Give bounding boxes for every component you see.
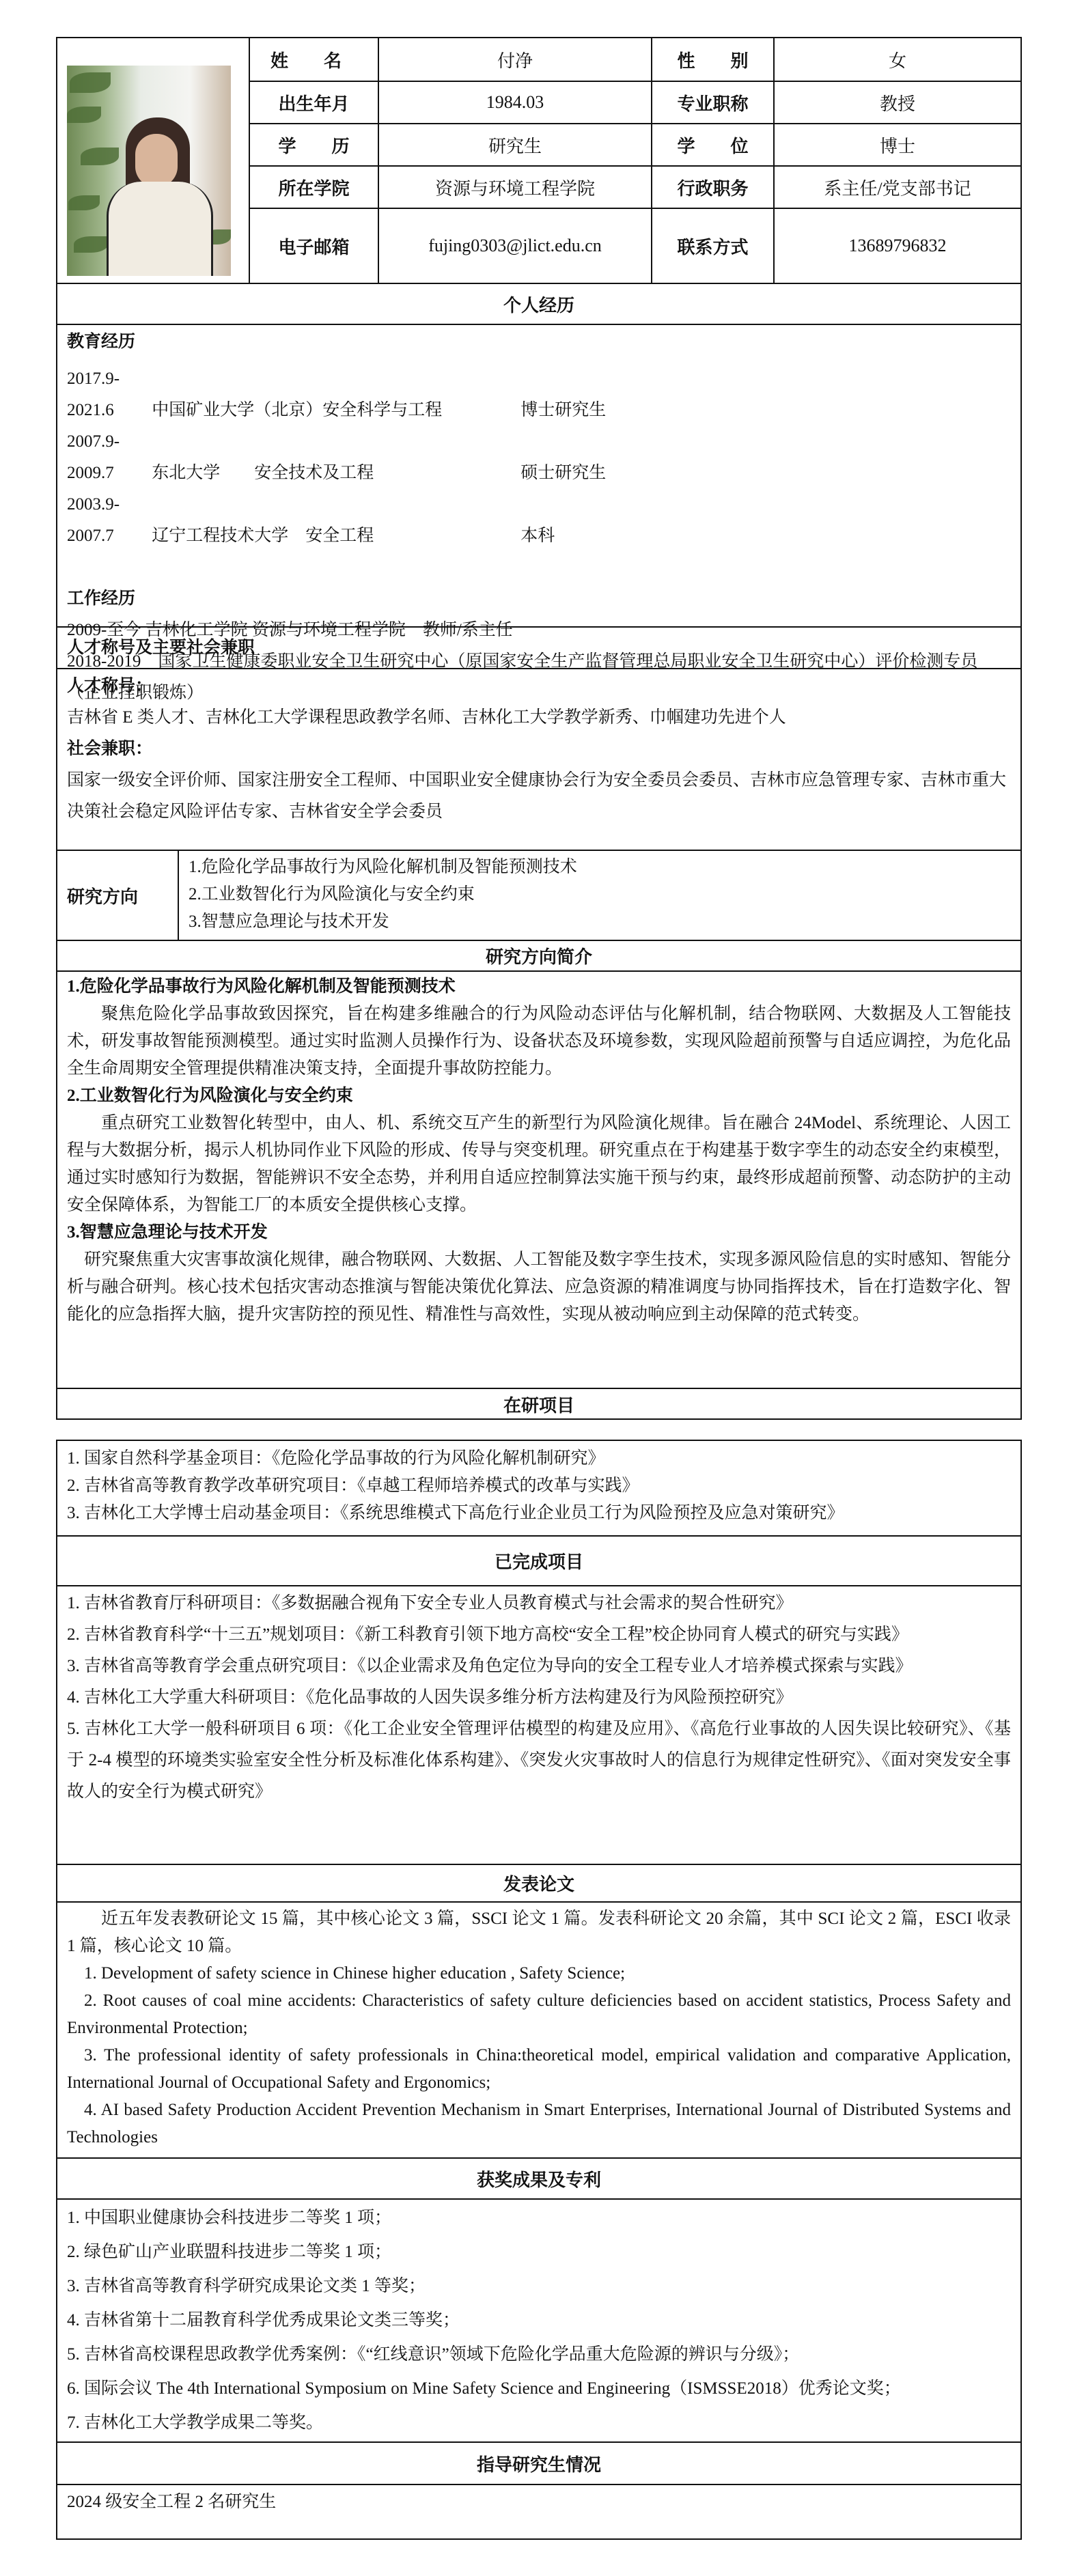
info-row-education: 学 历 研究生 学 位 博士 — [249, 123, 1020, 165]
ongoing-project-item: 3. 吉林化工大学博士启动基金项目：《系统思维模式下高危行业企业员工行为风险预控… — [67, 1500, 1011, 1527]
students-content: 2024 级安全工程 2 名研究生 — [57, 2484, 1020, 2540]
experience-content: 教育经历 2017.9-2021.6 中国矿业大学（北京）安全科学与工程博士研究… — [57, 324, 1020, 626]
intro-body: 聚焦危险化学品事故致因探究，旨在构建多维融合的行为风险动态评估与化解机制，结合物… — [67, 1000, 1011, 1082]
research-direction-label: 研究方向 — [57, 851, 178, 940]
completed-project-item: 4. 吉林化工大学重大科研项目：《危化品事故的人因失误多维分析方法构建及行为风险… — [67, 1682, 1011, 1713]
education-label: 学 历 — [249, 124, 378, 165]
degree-label: 学 位 — [651, 124, 773, 165]
achievements-table: 1. 国家自然科学基金项目：《危险化学品事故的行为风险化解机制研究》 2. 吉林… — [56, 1440, 1022, 2540]
talent-titles-text: 吉林省 E 类人才、吉林化工大学课程思政教学名师、吉林化工大学教学新秀、巾帼建功… — [67, 702, 1011, 733]
experience-header: 个人经历 — [57, 283, 1020, 324]
award-item: 4. 吉林省第十二届教育科学优秀成果论文类三等奖； — [67, 2304, 1011, 2338]
talent-content: 人才称号： 吉林省 E 类人才、吉林化工大学课程思政教学名师、吉林化工大学教学新… — [57, 668, 1020, 850]
gender-value: 女 — [773, 38, 1020, 81]
completed-project-item: 5. 吉林化工大学一般科研项目 6 项：《化工企业安全管理评估模型的构建及应用》… — [67, 1713, 1011, 1808]
paper-item: 4. AI based Safety Production Accident P… — [67, 2097, 1011, 2151]
gender-label: 性 别 — [651, 38, 773, 81]
papers-header: 发表论文 — [57, 1864, 1020, 1901]
education-item: 2003.9-2007.7 辽宁工程技术大学 安全工程本科 — [67, 489, 1011, 552]
talent-header: 人才称号及主要社会兼职 — [57, 626, 1020, 668]
award-item: 7. 吉林化工大学教学成果二等奖。 — [67, 2406, 1011, 2440]
talent-titles-label: 人才称号： — [67, 671, 1011, 702]
ongoing-projects-list: 1. 国家自然科学基金项目：《危险化学品事故的行为风险化解机制研究》 2. 吉林… — [57, 1441, 1020, 1535]
paper-item: 3. The professional identity of safety p… — [67, 2042, 1011, 2097]
intro-heading: 3.智慧应急理论与技术开发 — [67, 1219, 1011, 1246]
birth-label: 出生年月 — [249, 82, 378, 123]
phone-label: 联系方式 — [651, 209, 773, 283]
intro-heading: 1.危险化学品事故行为风险化解机制及智能预测技术 — [67, 973, 1011, 1000]
title-label: 专业职称 — [651, 82, 773, 123]
students-text: 2024 级安全工程 2 名研究生 — [67, 2487, 1011, 2518]
college-value: 资源与环境工程学院 — [378, 167, 651, 208]
paper-item: 2. Root causes of coal mine accidents: C… — [67, 1987, 1011, 2042]
name-label: 姓 名 — [249, 38, 378, 81]
completed-project-item: 3. 吉林省高等教育学会重点研究项目：《以企业需求及角色定位为导向的安全工程专业… — [67, 1651, 1011, 1682]
awards-header: 获奖成果及专利 — [57, 2157, 1020, 2198]
college-label: 所在学院 — [249, 167, 378, 208]
students-header: 指导研究生情况 — [57, 2441, 1020, 2484]
completed-projects-list: 1. 吉林省教育厅科研项目：《多数据融合视角下安全专业人员教育模式与社会需求的契… — [57, 1585, 1020, 1864]
intro-header: 研究方向简介 — [57, 940, 1020, 970]
intro-body: 研究聚焦重大灾害事故演化规律，融合物联网、大数据、人工智能及数字孪生技术，实现多… — [67, 1246, 1011, 1328]
ongoing-project-item: 2. 吉林省高等教育教学改革研究项目：《卓越工程师培养模式的改革与实践》 — [67, 1472, 1011, 1500]
position-value: 系主任/党支部书记 — [773, 167, 1020, 208]
intro-body: 重点研究工业数智化转型中，由人、机、系统交互产生的新型行为风险演化规律。旨在融合… — [67, 1110, 1011, 1219]
research-direction-item: 3.智慧应急理论与技术开发 — [189, 908, 1011, 936]
social-roles-label: 社会兼职： — [67, 733, 1011, 765]
research-direction-item: 1.危险化学品事故行为风险化解机制及智能预测技术 — [189, 854, 1011, 881]
ongoing-projects-header: 在研项目 — [57, 1388, 1020, 1420]
education-item: 2017.9-2021.6 中国矿业大学（北京）安全科学与工程博士研究生 — [67, 363, 1011, 426]
award-item: 3. 吉林省高等教育科学研究成果论文类 1 等奖； — [67, 2269, 1011, 2304]
award-item: 6. 国际会议 The 4th International Symposium … — [67, 2372, 1011, 2406]
research-direction-row: 研究方向 1.危险化学品事故行为风险化解机制及智能预测技术 2.工业数智化行为风… — [57, 850, 1020, 940]
paper-item: 1. Development of safety science in Chin… — [67, 1960, 1011, 1987]
phone-value: 13689796832 — [773, 209, 1020, 283]
education-value: 研究生 — [378, 124, 651, 165]
research-direction-item: 2.工业数智化行为风险演化与安全约束 — [189, 881, 1011, 908]
ongoing-project-item: 1. 国家自然科学基金项目：《危险化学品事故的行为风险化解机制研究》 — [67, 1445, 1011, 1472]
info-row-college: 所在学院 资源与环境工程学院 行政职务 系主任/党支部书记 — [249, 165, 1020, 208]
email-label: 电子邮箱 — [249, 209, 378, 283]
social-roles-text: 国家一级安全评价师、国家注册安全工程师、中国职业安全健康协会行为安全委员会委员、… — [67, 765, 1011, 828]
education-title: 教育经历 — [67, 326, 1011, 358]
education-item: 2007.9-2009.7 东北大学 安全技术及工程硕士研究生 — [67, 426, 1011, 489]
intro-content: 1.危险化学品事故行为风险化解机制及智能预测技术 聚焦危险化学品事故致因探究，旨… — [57, 970, 1020, 1388]
papers-summary: 近五年发表教研论文 15 篇，其中核心论文 3 篇，SSCI 论文 1 篇。发表… — [67, 1905, 1011, 1960]
position-label: 行政职务 — [651, 167, 773, 208]
birth-value: 1984.03 — [378, 82, 651, 123]
award-item: 5. 吉林省高校课程思政教学优秀案例：《“红线意识”领域下危险化学品重大危险源的… — [67, 2338, 1011, 2372]
info-row-birth: 出生年月 1984.03 专业职称 教授 — [249, 81, 1020, 123]
work-title: 工作经历 — [67, 583, 1011, 615]
intro-heading: 2.工业数智化行为风险演化与安全约束 — [67, 1082, 1011, 1110]
photo-cell — [57, 38, 249, 283]
completed-project-item: 1. 吉林省教育厅科研项目：《多数据融合视角下安全专业人员教育模式与社会需求的契… — [67, 1588, 1011, 1619]
completed-projects-header: 已完成项目 — [57, 1535, 1020, 1585]
email-value[interactable]: fujing0303@jlict.edu.cn — [378, 209, 651, 283]
portrait-photo — [67, 66, 231, 276]
degree-value: 博士 — [773, 124, 1020, 165]
profile-table: 姓 名 付净 性 别 女 出生年月 1984.03 专业职称 教授 学 历 研究… — [56, 37, 1022, 1420]
award-item: 2. 绿色矿山产业联盟科技进步二等奖 1 项； — [67, 2235, 1011, 2269]
title-value: 教授 — [773, 82, 1020, 123]
name-value: 付净 — [378, 38, 651, 81]
research-direction-list: 1.危险化学品事故行为风险化解机制及智能预测技术 2.工业数智化行为风险演化与安… — [178, 851, 1020, 940]
papers-list: 近五年发表教研论文 15 篇，其中核心论文 3 篇，SSCI 论文 1 篇。发表… — [57, 1901, 1020, 2157]
awards-list: 1. 中国职业健康协会科技进步二等奖 1 项； 2. 绿色矿山产业联盟科技进步二… — [57, 2198, 1020, 2441]
info-row-contact: 电子邮箱 fujing0303@jlict.edu.cn 联系方式 136897… — [249, 208, 1020, 283]
award-item: 1. 中国职业健康协会科技进步二等奖 1 项； — [67, 2201, 1011, 2235]
completed-project-item: 2. 吉林省教育科学“十三五”规划项目：《新工科教育引领下地方高校“安全工程”校… — [67, 1619, 1011, 1651]
info-row-name: 姓 名 付净 性 别 女 — [249, 38, 1020, 81]
